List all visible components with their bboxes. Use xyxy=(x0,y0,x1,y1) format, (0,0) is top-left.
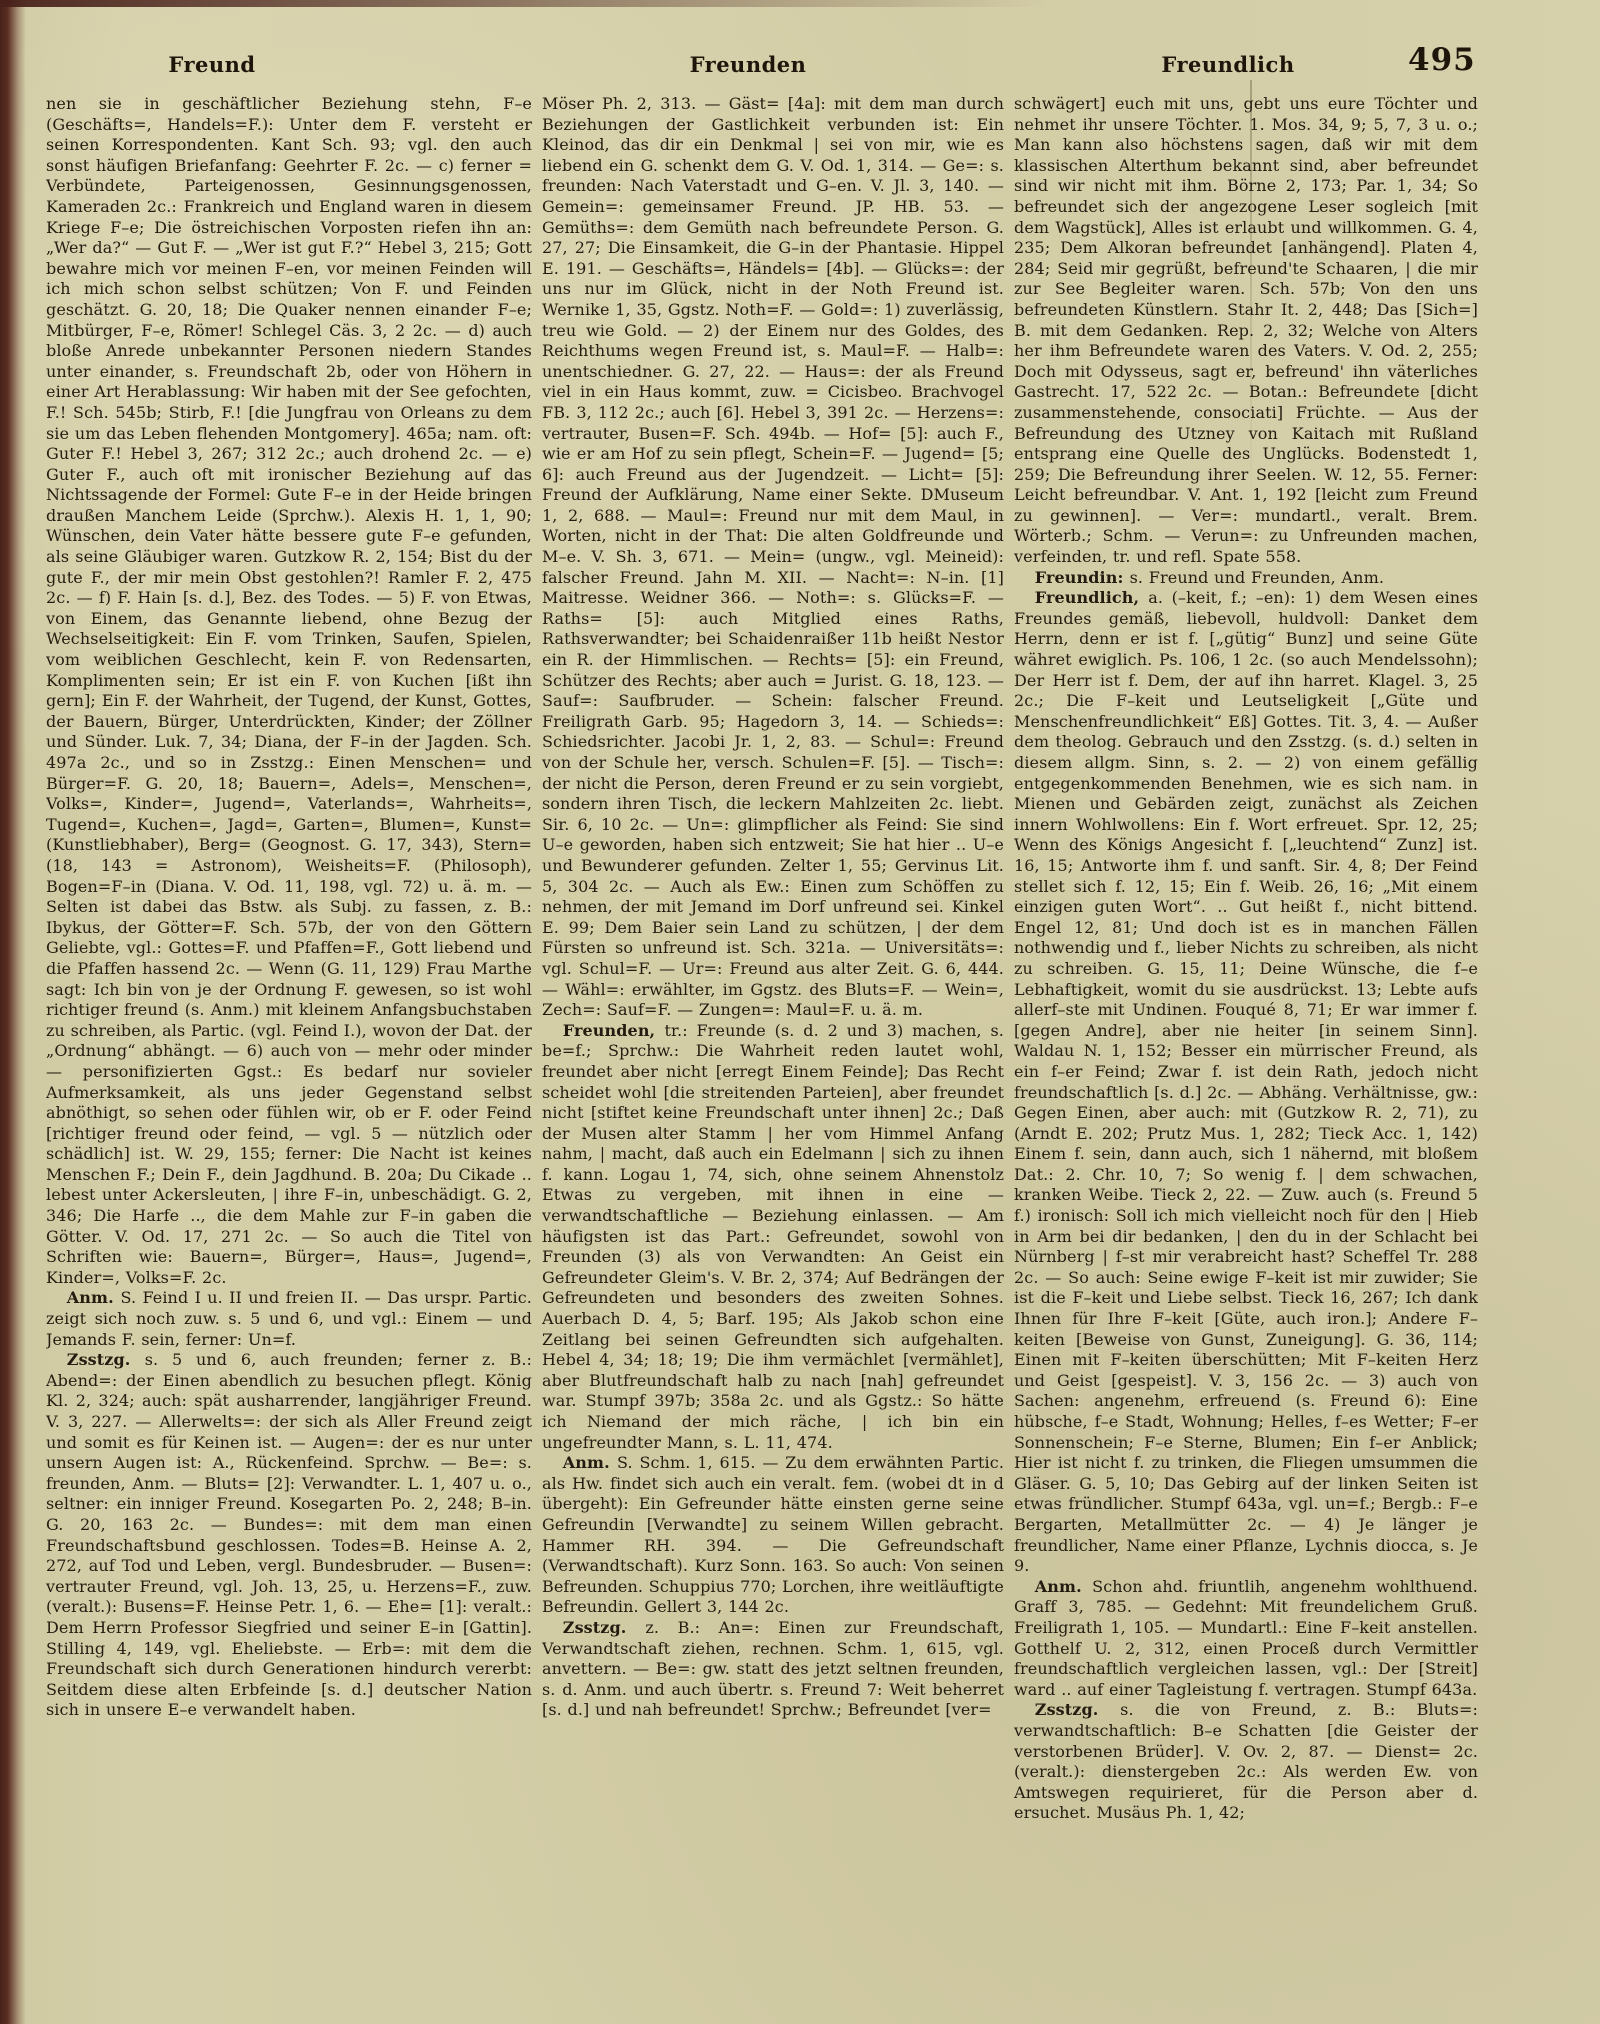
text-column-2: Möser Ph. 2, 313. — Gäst= [4a]: mit dem … xyxy=(542,94,1004,2002)
entry-headword: Anm. xyxy=(563,1453,617,1472)
entry-paragraph: Anm. S. Feind I u. II und freien II. — D… xyxy=(46,1288,532,1350)
text-column-3: schwägert] euch mit uns, gebt uns eure T… xyxy=(1014,94,1478,2002)
page-binding-edge xyxy=(0,0,26,2024)
entry-headword: Zsstzg. xyxy=(67,1350,145,1369)
entry-paragraph: nen sie in geschäftlicher Beziehung steh… xyxy=(46,94,532,1288)
entry-headword: Freunden, xyxy=(563,1021,665,1040)
entry-headword: Zsstzg. xyxy=(1035,1700,1120,1719)
entry-paragraph: Freundin: s. Freund und Freunden, Anm. xyxy=(1014,568,1478,589)
dictionary-page-scan: Freund Freunden Freundlich 495 nen sie i… xyxy=(0,0,1600,2024)
entry-paragraph: Anm. Schon ahd. friuntlih, angenehm wohl… xyxy=(1014,1577,1478,1701)
page-top-edge xyxy=(0,0,1050,7)
entry-headword: Zsstzg. xyxy=(563,1618,646,1637)
running-head-right: Freundlich xyxy=(1161,52,1294,77)
entry-headword: Freundlich, xyxy=(1035,588,1148,607)
entry-paragraph: schwägert] euch mit uns, gebt uns eure T… xyxy=(1014,94,1478,568)
entry-paragraph: Zsstzg. s. 5 und 6, auch freunden; ferne… xyxy=(46,1350,532,1721)
entry-paragraph: Freunden, tr.: Freunde (s. d. 2 und 3) m… xyxy=(542,1021,1004,1453)
entry-paragraph: Freundlich, a. (–keit, f.; –en): 1) dem … xyxy=(1014,588,1478,1577)
entry-paragraph: Anm. S. Schm. 1, 615. — Zu dem erwähnten… xyxy=(542,1453,1004,1618)
entry-paragraph: Zsstzg. s. die von Freund, z. B.: Bluts=… xyxy=(1014,1700,1478,1824)
entry-headword: Freundin: xyxy=(1035,568,1130,587)
page-number: 495 xyxy=(1408,42,1476,78)
entry-headword: Anm. xyxy=(67,1288,121,1307)
text-column-1: nen sie in geschäftlicher Beziehung steh… xyxy=(46,94,532,2002)
entry-paragraph: Möser Ph. 2, 313. — Gäst= [4a]: mit dem … xyxy=(542,94,1004,1021)
running-head-left: Freund xyxy=(168,52,255,77)
entry-headword: Anm. xyxy=(1035,1577,1092,1596)
running-head-center: Freunden xyxy=(690,52,807,77)
entry-paragraph: Zsstzg. z. B.: An=: Einen zur Freundscha… xyxy=(542,1618,1004,1721)
